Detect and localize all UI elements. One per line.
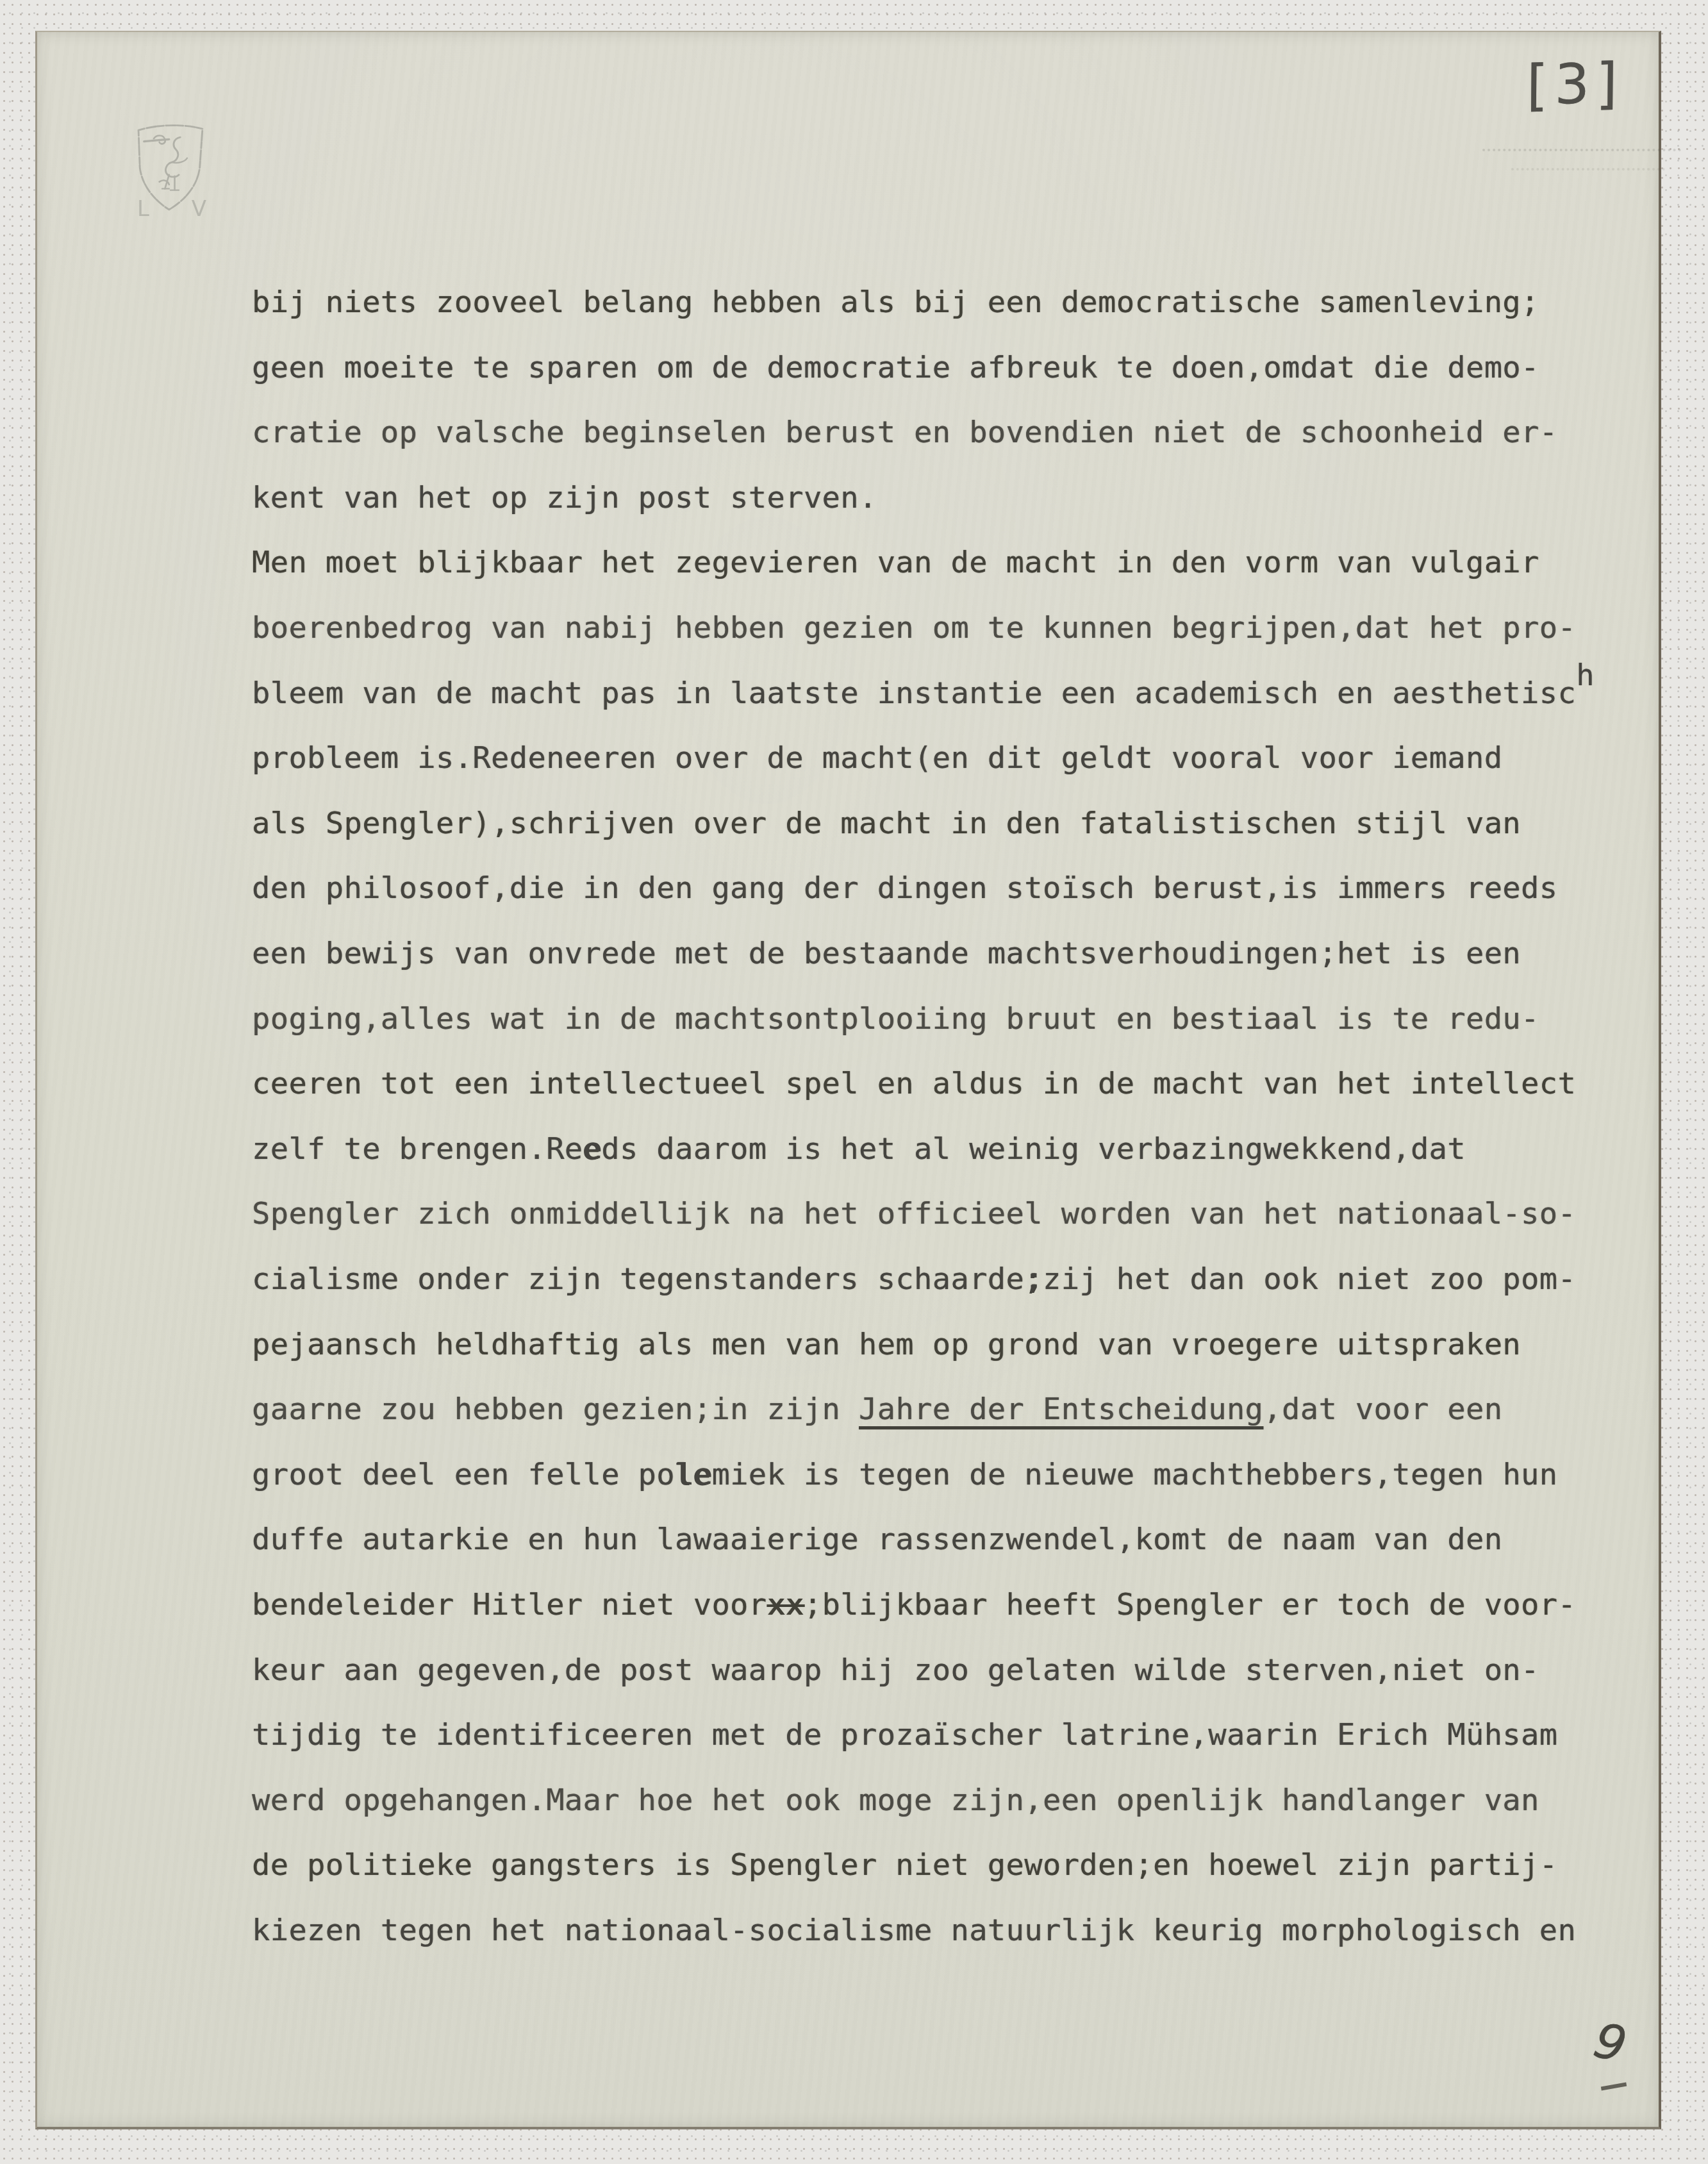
text-line: tijdig te identificeeren met de prozaïsc… xyxy=(252,1719,1557,1752)
text-line: een bewijs van onvrede met de bestaande … xyxy=(252,937,1521,971)
text-line: cratie op valsche beginselen berust en b… xyxy=(252,416,1557,450)
handwritten-page-number: [3] xyxy=(1527,51,1625,118)
text-line: geen moeite te sparen om de democratie a… xyxy=(252,351,1539,385)
text-line: groot deel een felle polemiek is tegen d… xyxy=(252,1458,1557,1492)
text-line: Spengler zich onmiddellijk na het offici… xyxy=(252,1197,1576,1231)
text-line: werd opgehangen.Maar hoe het ook moge zi… xyxy=(252,1784,1539,1818)
text-line: bleem van de macht pas in laatste instan… xyxy=(252,677,1595,711)
text-line: keur aan gegeven,de post waarop hij zoo … xyxy=(252,1654,1539,1688)
text-line: poging,alles wat in de machtsontplooiing… xyxy=(252,1003,1539,1036)
text-line: probleem is.Redeneeren over de macht(en … xyxy=(252,742,1502,776)
text-line: de politieke gangsters is Spengler niet … xyxy=(252,1849,1557,1883)
text-line: kent van het op zijn post sterven. xyxy=(252,481,877,515)
text-line: bendeleider Hitler niet voorxx;blijkbaar… xyxy=(252,1588,1576,1622)
text-line: ceeren tot een intellectueel spel en ald… xyxy=(252,1067,1576,1101)
ghost-typed-marks xyxy=(1482,149,1681,151)
text-line: als Spengler),schrijven over de macht in… xyxy=(252,807,1521,841)
text-line: bij niets zooveel belang hebben als bij … xyxy=(252,286,1539,320)
watermark-stamp: L V xyxy=(128,121,213,218)
text-line: kiezen tegen het nationaal-socialisme na… xyxy=(252,1914,1576,1948)
text-line: gaarne zou hebben gezien;in zijn Jahre d… xyxy=(252,1393,1502,1427)
ghost-typed-marks xyxy=(1511,168,1665,171)
text-line: cialisme onder zijn tegenstanders schaar… xyxy=(252,1263,1576,1297)
text-line: den philosoof,die in den gang der dingen… xyxy=(252,872,1557,906)
text-line: boerenbedrog van nabij hebben gezien om … xyxy=(252,612,1576,645)
text-line: Men moet blijkbaar het zegevieren van de… xyxy=(252,546,1539,580)
watermark-letter: V xyxy=(192,196,206,222)
scanned-typescript-page: L V [3] bij niets zooveel belang hebben … xyxy=(0,0,1708,2164)
text-line: duffe autarkie en hun lawaaierige rassen… xyxy=(252,1523,1502,1557)
watermark-letter: L xyxy=(137,196,149,222)
text-line: zelf te brengen.Reeds daarom is het al w… xyxy=(252,1133,1466,1167)
text-line: pejaansch heldhaftig als men van hem op … xyxy=(252,1328,1521,1362)
